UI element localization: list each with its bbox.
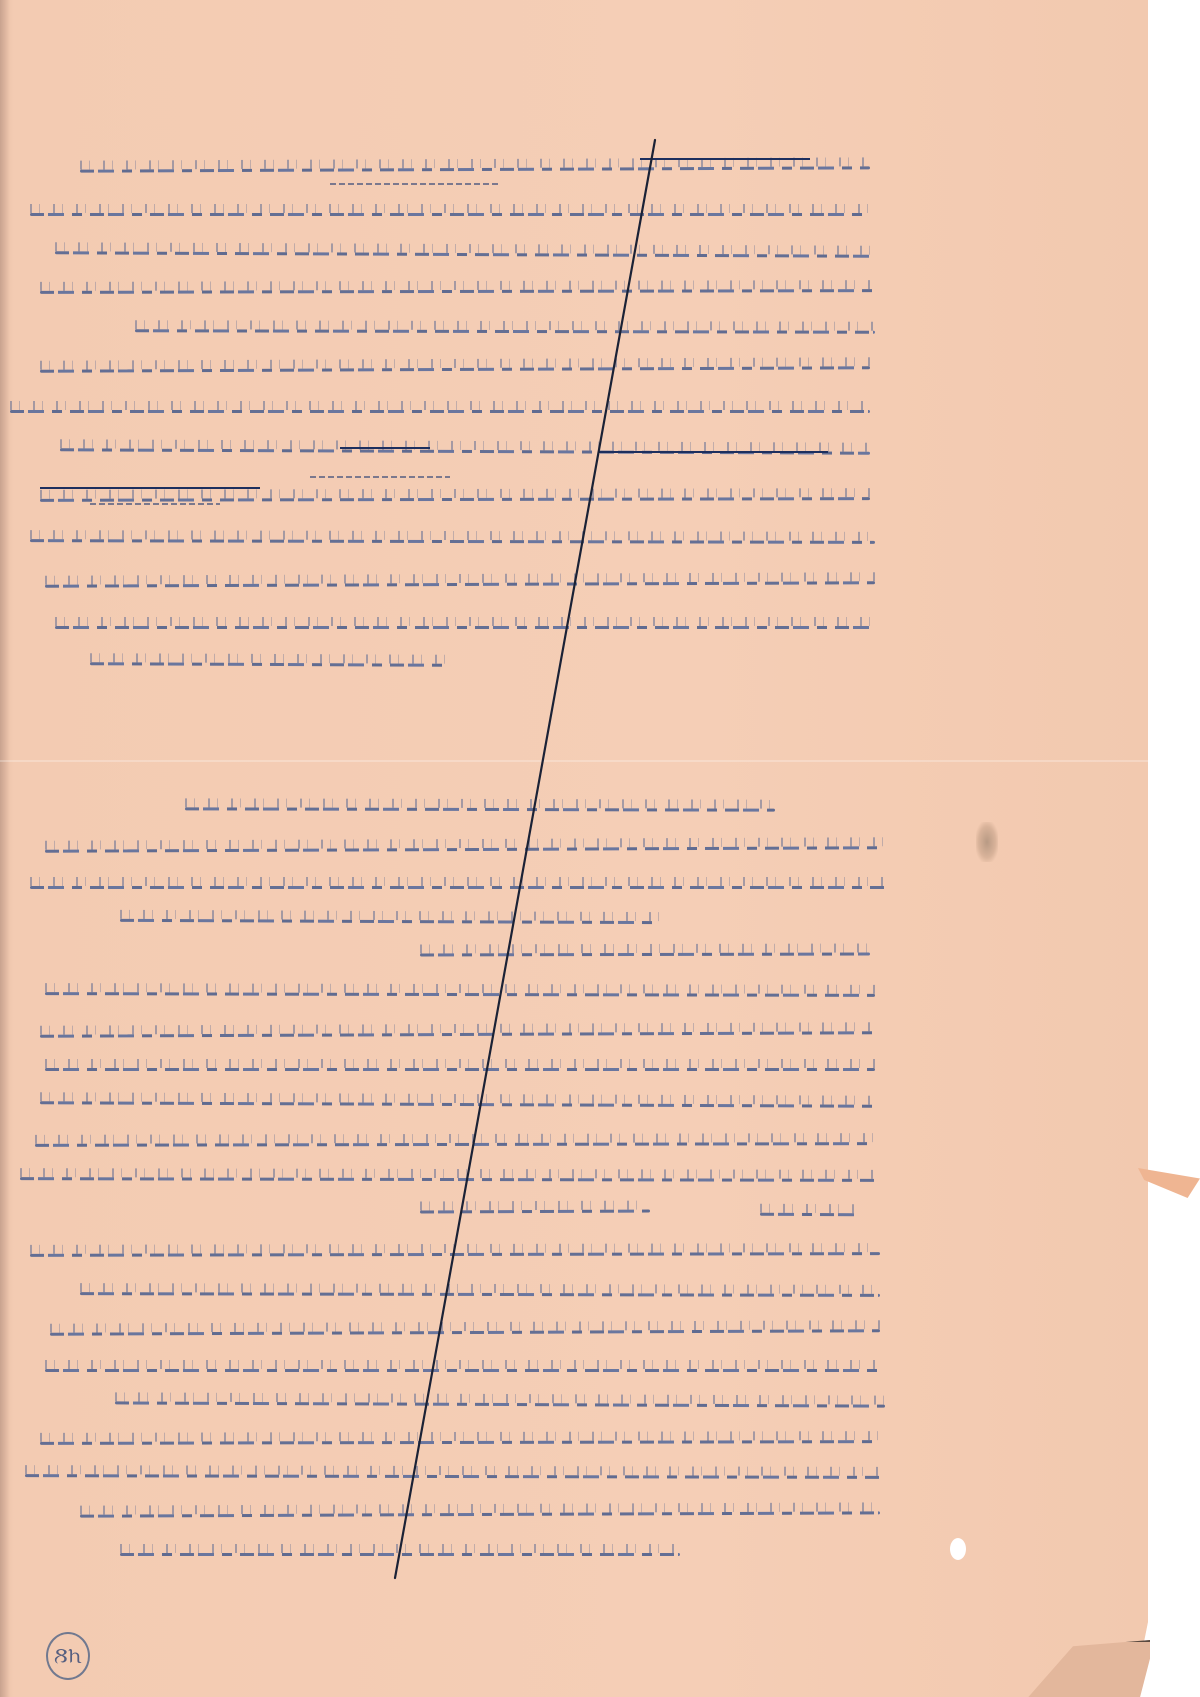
strikethrough-mark: [340, 447, 430, 449]
strikethrough-mark: [640, 158, 810, 160]
paper-fold-crease: [0, 760, 1148, 762]
handwritten-line: [45, 1068, 875, 1071]
interlinear-insertion: [310, 476, 450, 478]
ink-stain-mark: [976, 822, 998, 862]
punch-hole: [950, 1538, 966, 1560]
handwritten-line: [55, 626, 875, 629]
handwritten-line: [30, 886, 885, 889]
interlinear-insertion: [90, 503, 220, 505]
handwritten-line: [10, 410, 870, 413]
handwritten-line: [120, 1553, 680, 1556]
handwritten-line: [45, 1369, 880, 1372]
strikethrough-mark: [40, 487, 260, 489]
strikethrough-mark: [598, 451, 828, 453]
circled-page-number: ૫૪: [46, 1632, 90, 1680]
handwritten-line: [30, 213, 870, 216]
page-number-text: ૫૪: [54, 1644, 82, 1669]
handwritten-line: [760, 1213, 860, 1216]
interlinear-insertion: [330, 183, 500, 185]
page-edge-shadow: [0, 0, 10, 1697]
